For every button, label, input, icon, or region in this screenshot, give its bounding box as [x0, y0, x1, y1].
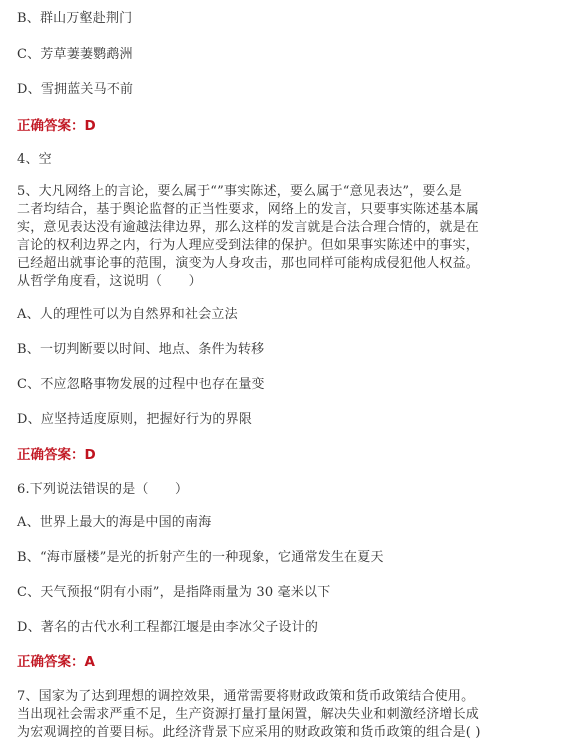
q5-stem-line-1: 5、大凡网络上的言论，要么属于“”事实陈述，要么属于“意见表达”，要么是	[17, 183, 577, 201]
q5-option-c: C、不应忽略事物发展的过程中也存在量变	[17, 376, 265, 394]
q6-option-c: C、天气预报“阴有小雨”，是指降雨量为 30 毫米以下	[17, 584, 330, 602]
exam-document-page: B、群山万壑赴荆门 C、芳草萋萋鹦鹉洲 D、雪拥蓝关马不前 正确答案：D 4、空…	[0, 0, 578, 745]
q5-stem-line-4: 言论的权利边界之内，行为人理应受到法律的保护。但如果事实陈述中的事实，	[17, 237, 577, 255]
q5-stem-line-3: 实，意见表达没有逾越法律边界，那么这样的发言就是合法合理合情的，就是在	[17, 219, 577, 237]
q5-option-b: B、一切判断要以时间、地点、条件为转移	[17, 341, 264, 359]
q3-option-b: B、群山万壑赴荆门	[17, 10, 132, 28]
q3-option-c: C、芳草萋萋鹦鹉洲	[17, 46, 133, 64]
q7-stem-line-2: 当出现社会需求严重不足，生产资源打量打量闲置，解决失业和刺激经济增长成	[17, 706, 577, 724]
q6-correct-answer: 正确答案：A	[17, 653, 95, 671]
q5-stem-line-2: 二者均结合，基于舆论监督的正当性要求，网络上的发言，只要事实陈述基本属	[17, 201, 577, 219]
q6-stem: 6.下列说法错误的是（ ）	[17, 481, 188, 499]
q5-stem-line-5: 已经超出就事论事的范围，演变为人身攻击，那也同样可能构成侵犯他人权益。	[17, 255, 577, 273]
q4-stem: 4、空	[17, 151, 52, 169]
q6-option-a: A、世界上最大的海是中国的南海	[17, 514, 211, 532]
q7-stem: 7、国家为了达到理想的调控效果，通常需要将财政政策和货币政策结合使用。 当出现社…	[17, 688, 577, 742]
q5-option-d: D、应坚持适度原则，把握好行为的界限	[17, 411, 252, 429]
q6-option-b: B、“海市蜃楼”是光的折射产生的一种现象，它通常发生在夏天	[17, 549, 384, 567]
q7-stem-line-1: 7、国家为了达到理想的调控效果，通常需要将财政政策和货币政策结合使用。	[17, 688, 577, 706]
q3-correct-answer: 正确答案：D	[17, 117, 96, 135]
q5-correct-answer: 正确答案：D	[17, 446, 96, 464]
q3-option-d: D、雪拥蓝关马不前	[17, 81, 133, 99]
q5-stem: 5、大凡网络上的言论，要么属于“”事实陈述，要么属于“意见表达”，要么是 二者均…	[17, 183, 577, 291]
q5-stem-line-6: 从哲学角度看，这说明（ ）	[17, 273, 577, 291]
q6-option-d: D、著名的古代水利工程都江堰是由李冰父子设计的	[17, 619, 318, 637]
q7-stem-line-3: 为宏观调控的首要目标。此经济背景下应采用的财政政策和货币政策的组合是( )	[17, 724, 577, 742]
q5-option-a: A、人的理性可以为自然界和社会立法	[17, 306, 238, 324]
